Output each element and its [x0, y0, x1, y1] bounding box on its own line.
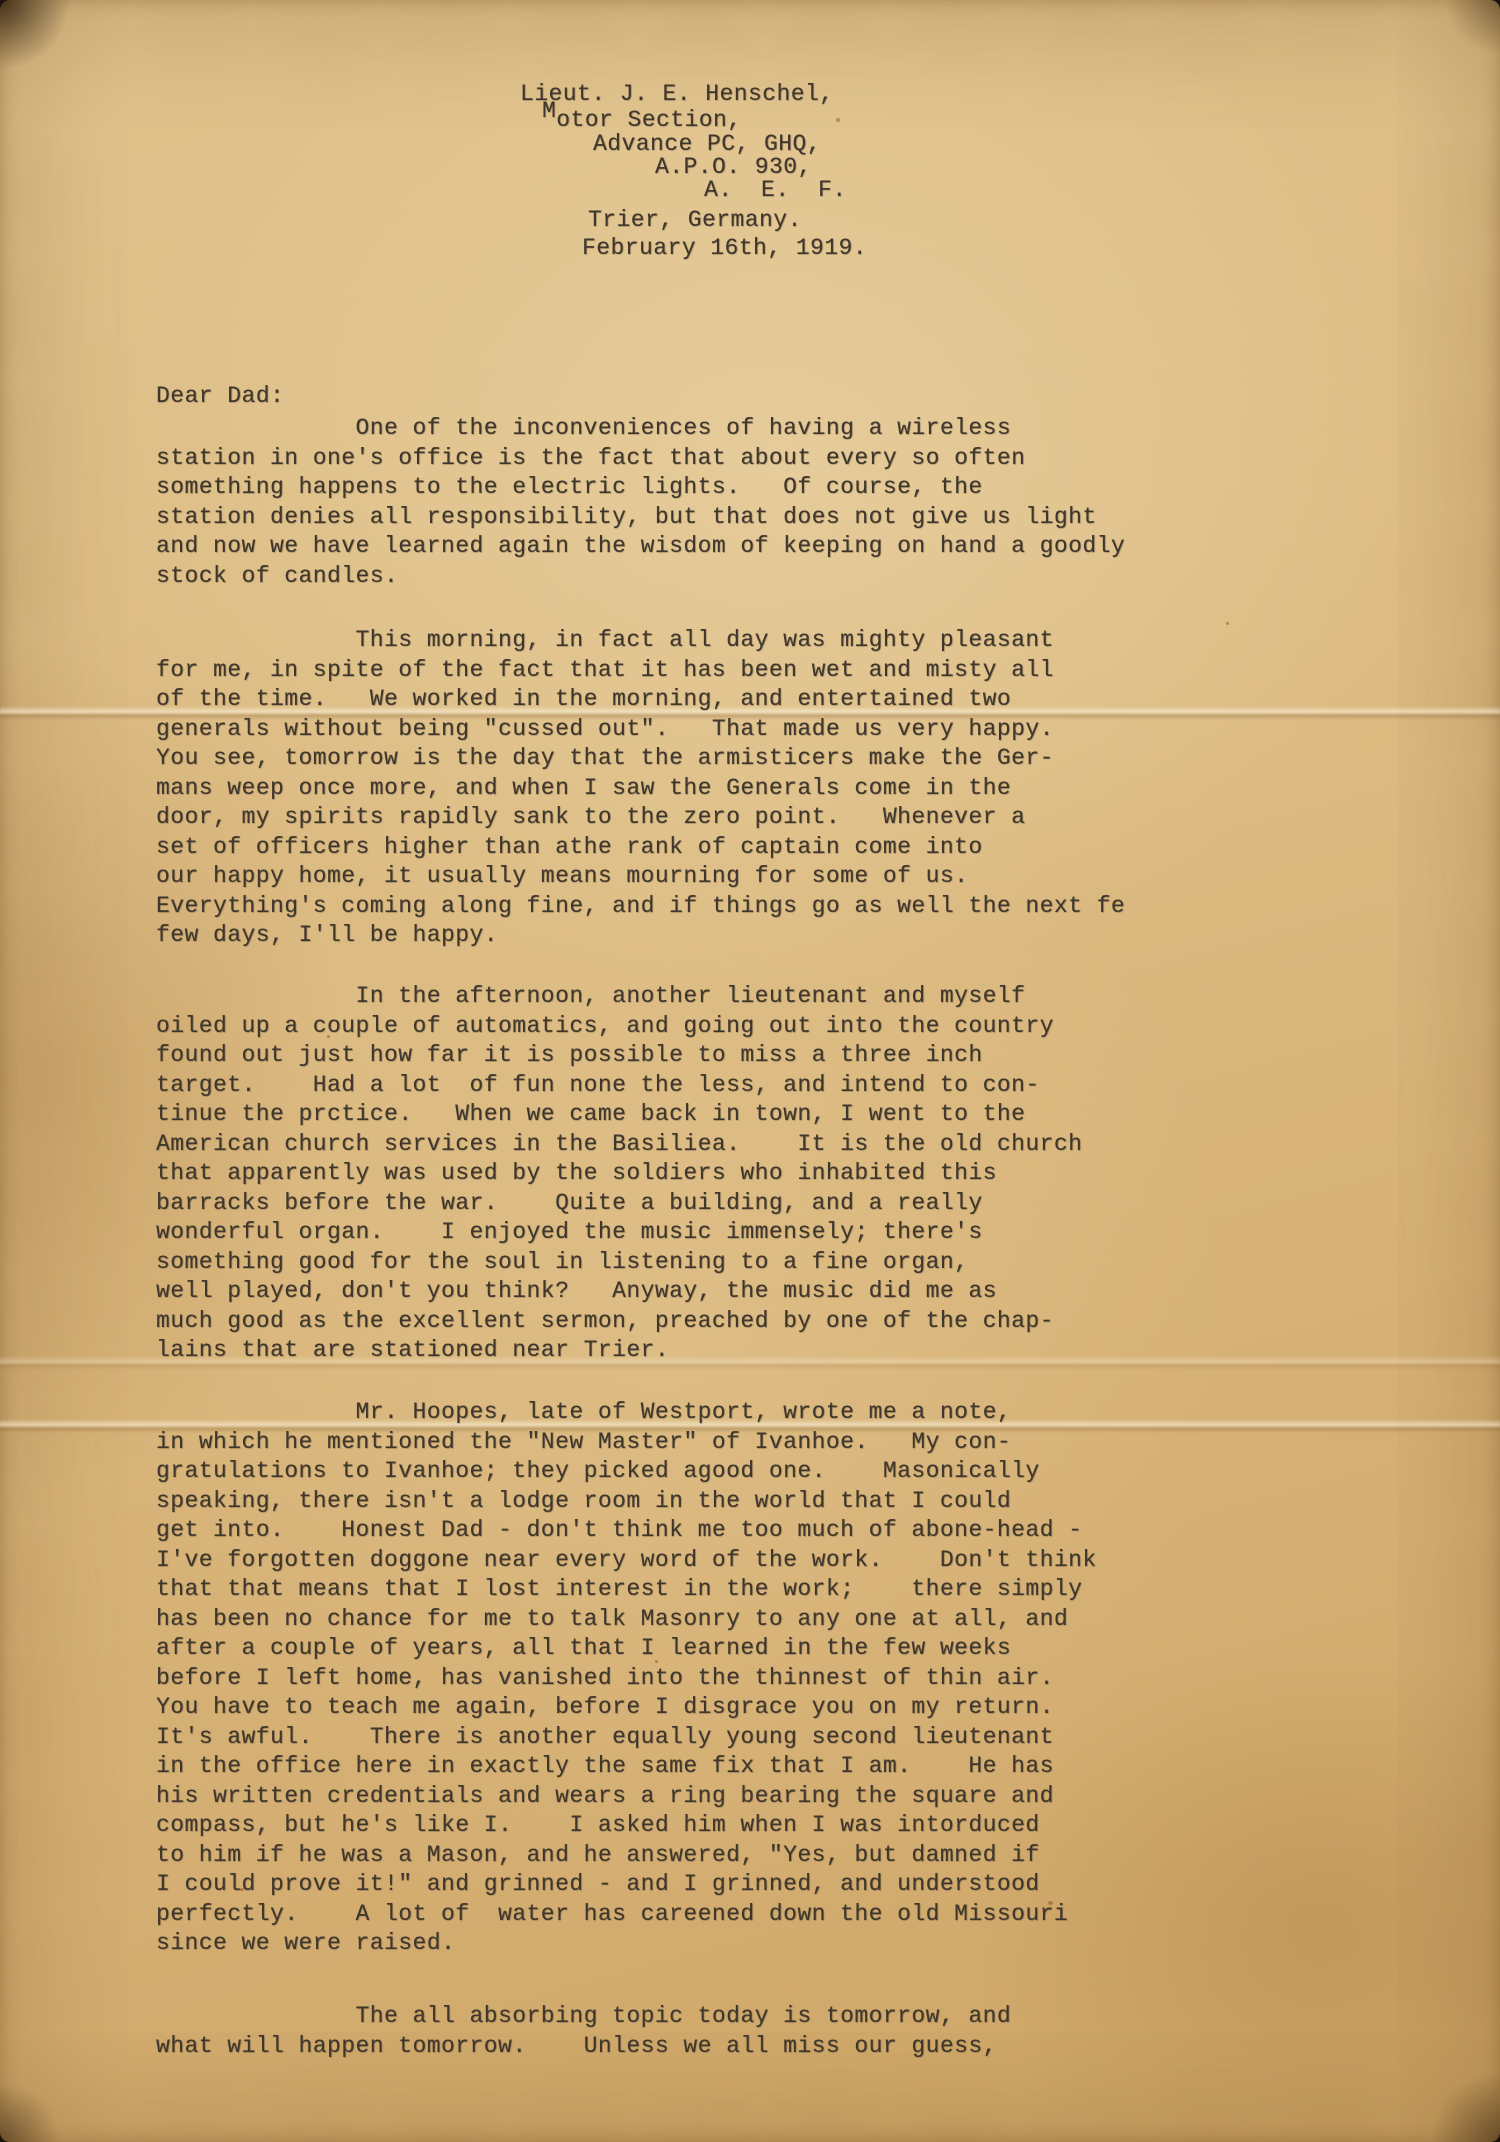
dateline-place: Trier, Germany.: [588, 206, 802, 236]
paper-speck: [1226, 622, 1229, 625]
dateline-date: February 16th, 1919.: [582, 234, 867, 264]
paragraph-5: The all absorbing topic today is tomorro…: [156, 2002, 1011, 2061]
salutation: Dear Dad:: [156, 382, 284, 412]
letter-page: Lieut. J. E. Henschel, Motor Section, Ad…: [0, 0, 1500, 2142]
raised-letter-m: M: [542, 98, 556, 124]
paper-speck: [836, 118, 840, 122]
paragraph-3: In the afternoon, another lieutenant and…: [156, 982, 1082, 1366]
paragraph-2: This morning, in fact all day was mighty…: [156, 626, 1125, 951]
heading-line-aef: A. E. F.: [704, 176, 847, 206]
paragraph-1: One of the inconveniences of having a wi…: [156, 414, 1125, 591]
paragraph-4: Mr. Hoopes, late of Westport, wrote me a…: [156, 1398, 1097, 1959]
letter-photo: Lieut. J. E. Henschel, Motor Section, Ad…: [0, 0, 1500, 2142]
